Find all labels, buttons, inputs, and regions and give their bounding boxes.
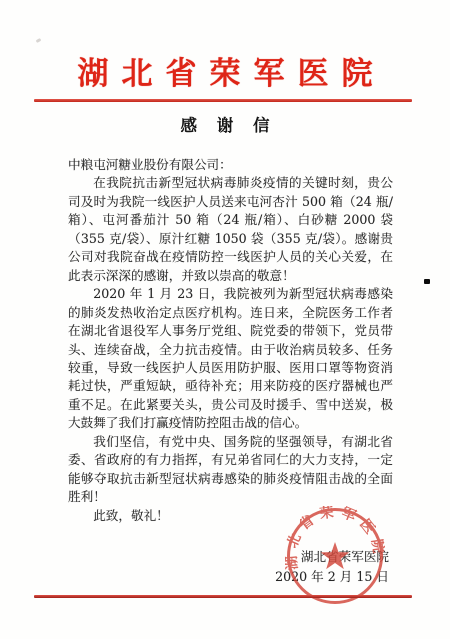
salutation: 中粮屯河糖业股份有限公司：: [68, 156, 393, 174]
ink-dot-artifact: [424, 279, 430, 284]
letterhead-divider-line: [34, 99, 412, 102]
body-paragraph: 在我院抗击新型冠状病毒肺炎疫情的关键时刻，贵公司及时为我院一线医护人员送来屯河杏…: [68, 174, 393, 285]
closing-salute: 此致，敬礼！: [68, 507, 393, 525]
letter-body: 中粮屯河糖业股份有限公司： 在我院抗击新型冠状病毒肺炎疫情的关键时刻，贵公司及时…: [68, 156, 393, 525]
body-paragraph: 我们坚信，有党中央、国务院的坚强领导，有湖北省委、省政府的有力指挥，有兄弟省同仁…: [68, 433, 393, 507]
signature-name: 湖北省荣军医院: [275, 547, 389, 567]
letter-page: 湖北省荣军医院 感 谢 信 中粮屯河糖业股份有限公司： 在我院抗击新型冠状病毒肺…: [0, 0, 450, 639]
footer-line: [34, 595, 412, 598]
body-paragraph: 2020 年 1 月 23 日，我院被列为新型冠状病毒感染的肺炎发热收治定点医疗…: [68, 285, 393, 433]
scan-artifact-speck: [36, 38, 42, 43]
signature-date: 2020 年 2 月 15 日: [275, 567, 389, 587]
signature-block: 湖北省荣军医院 2020 年 2 月 15 日: [275, 547, 389, 587]
letterhead-hospital-name: 湖北省荣军医院: [0, 48, 450, 93]
letter-title: 感 谢 信: [0, 112, 450, 136]
